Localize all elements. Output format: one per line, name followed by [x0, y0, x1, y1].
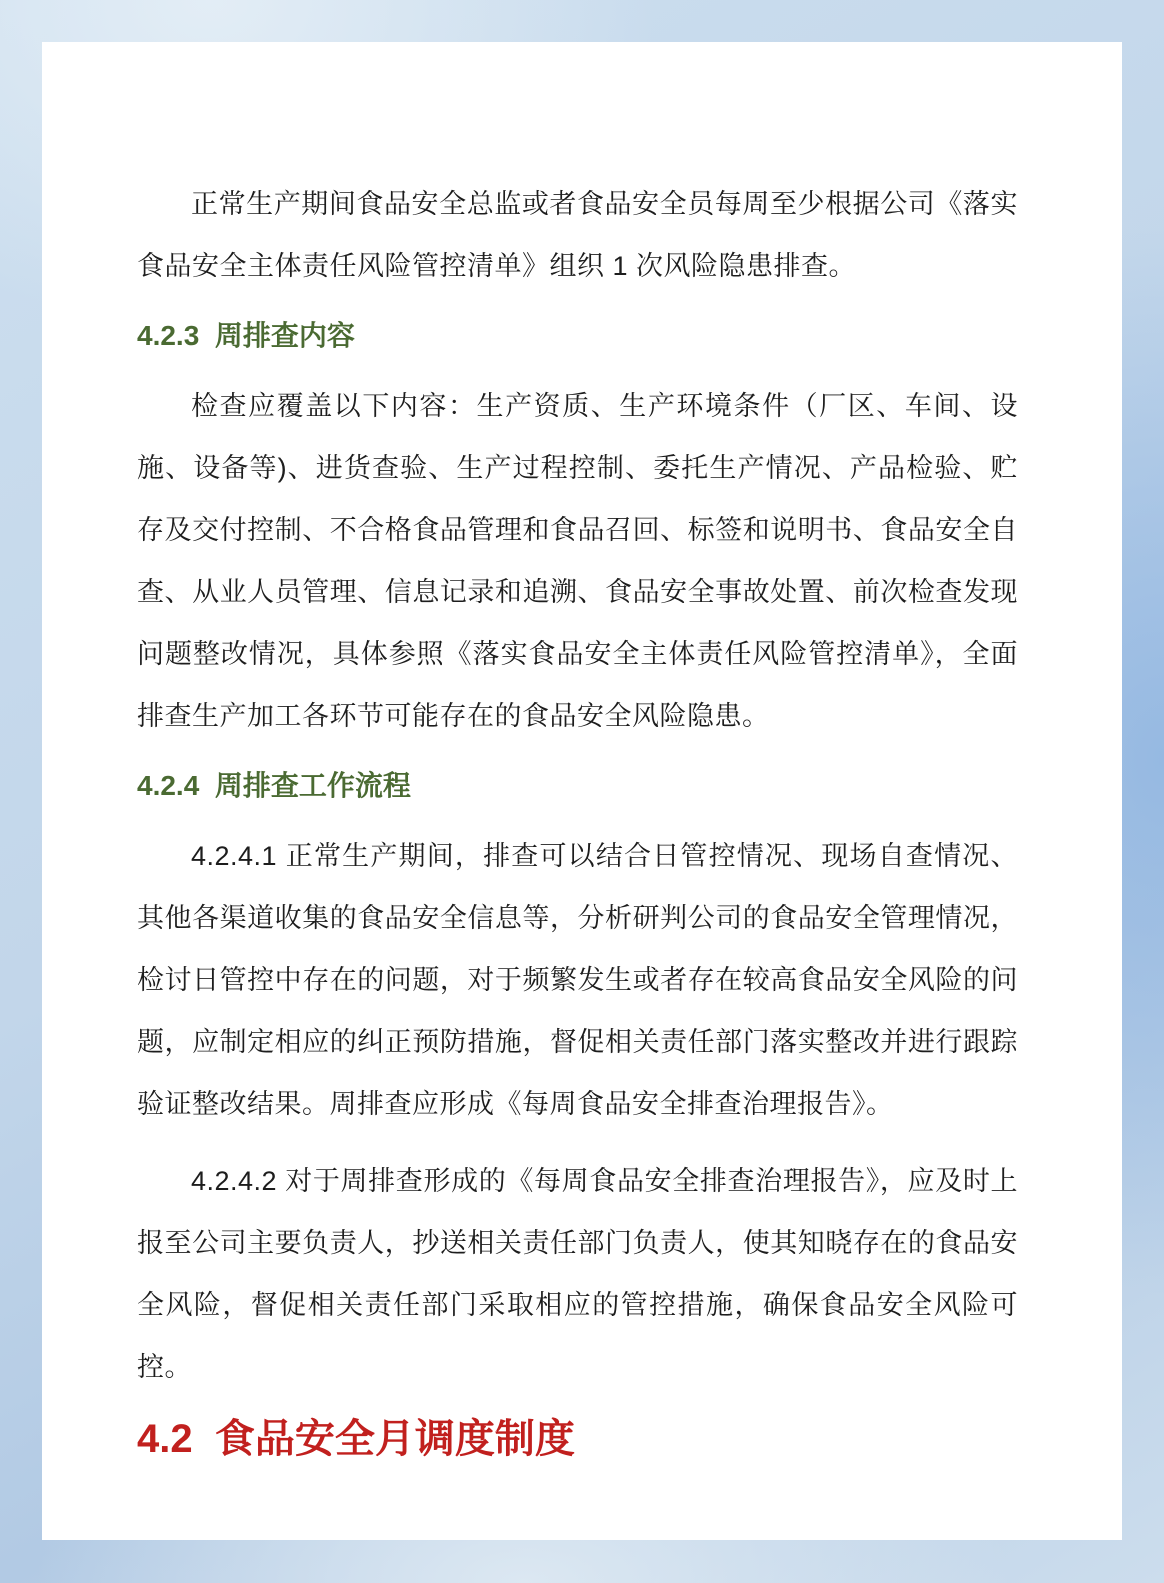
heading-4-2-monthly-dispatch-system: 4.2 食品安全月调度制度 [137, 1408, 1018, 1470]
paragraph-4-2-4-2-report-escalation: 4.2.4.2 对于周排查形成的《每周食品安全排查治理报告》，应及时上报至公司主… [137, 1150, 1018, 1398]
heading-4-2-3-weekly-check-content: 4.2.3 周排查内容 [137, 305, 1018, 367]
paragraph-weekly-check-scope: 检查应覆盖以下内容：生产资质、生产环境条件（厂区、车间、设施、设备等)、进货查验… [137, 375, 1018, 747]
document-content: 正常生产期间食品安全总监或者食品安全员每周至少根据公司《落实食品安全主体责任风险… [42, 42, 1122, 1470]
page-background: { "theme": { "page_background": "#bcd1e8… [0, 0, 1164, 1583]
paragraph-weekly-check-frequency: 正常生产期间食品安全总监或者食品安全员每周至少根据公司《落实食品安全主体责任风险… [137, 173, 1018, 297]
paragraph-4-2-4-1-workflow-normal-production: 4.2.4.1 正常生产期间，排查可以结合日管控情况、现场自查情况、其他各渠道收… [137, 825, 1018, 1135]
document-page-card: 正常生产期间食品安全总监或者食品安全员每周至少根据公司《落实食品安全主体责任风险… [42, 42, 1122, 1540]
heading-4-2-4-weekly-check-workflow: 4.2.4 周排查工作流程 [137, 755, 1018, 817]
